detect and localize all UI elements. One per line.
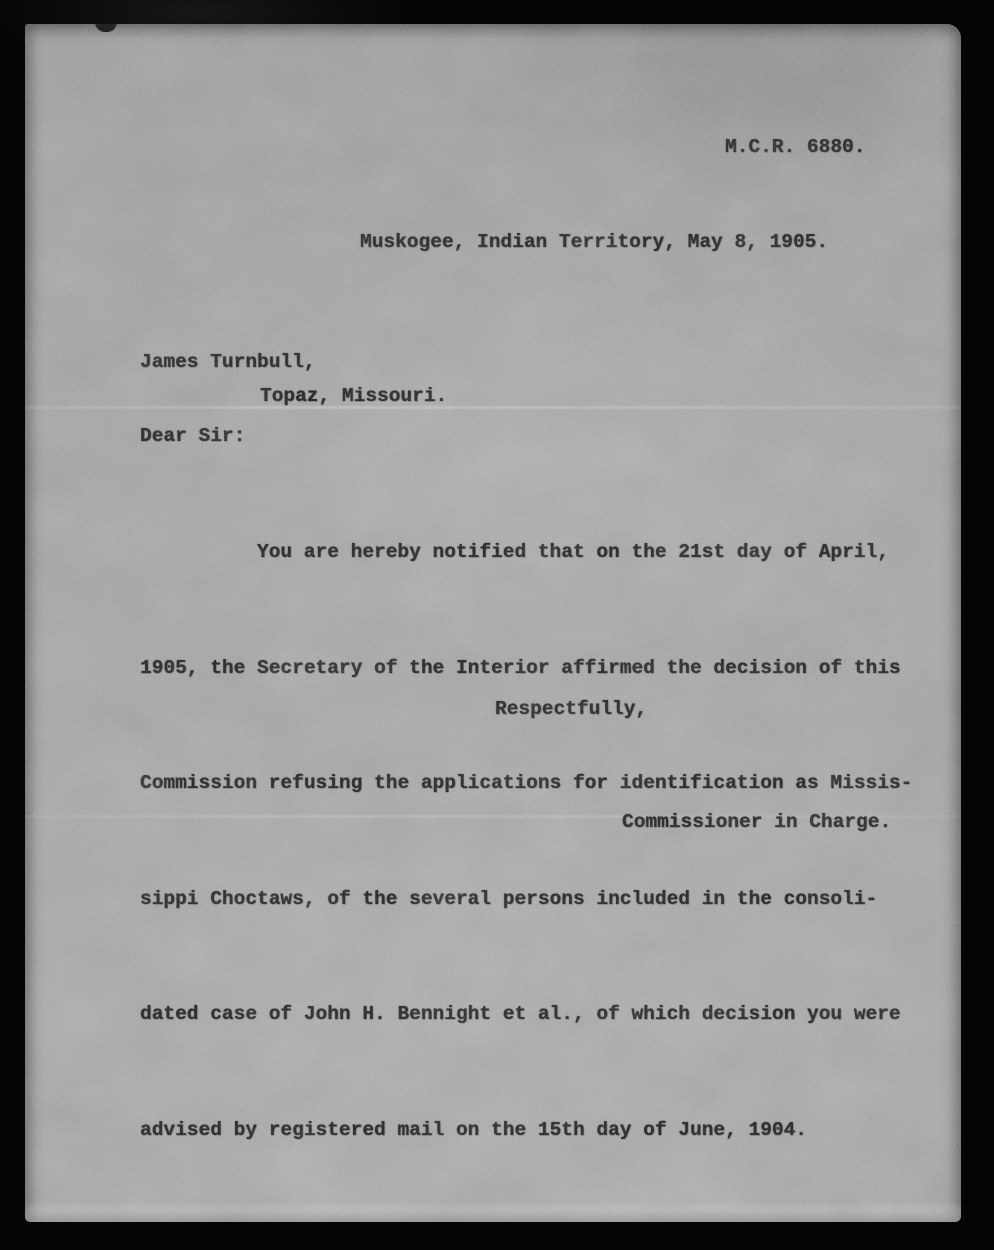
dateline: Muskogee, Indian Territory, May 8, 1905.: [360, 230, 828, 254]
body-line: dated case of John H. Bennight et al., o…: [140, 995, 930, 1034]
paper-edge-notch: [95, 24, 117, 32]
fold-line-upper: [25, 406, 961, 409]
body-line: advised by registered mail on the 15th d…: [140, 1111, 930, 1150]
body-line: You are hereby notified that on the 21st…: [140, 533, 930, 572]
recipient-name: James Turnbull,: [140, 350, 316, 374]
closing: Respectfully,: [495, 697, 647, 721]
letter-body: You are hereby notified that on the 21st…: [140, 456, 930, 1222]
salutation: Dear Sir:: [140, 424, 245, 448]
scanned-letter-background: M.C.R. 6880. Muskogee, Indian Territory,…: [0, 0, 994, 1250]
letter-page: M.C.R. 6880. Muskogee, Indian Territory,…: [25, 24, 961, 1222]
body-line: 1905, the Secretary of the Interior affi…: [140, 649, 930, 688]
recipient-address: Topaz, Missouri.: [260, 384, 447, 408]
body-line: Commission refusing the applications for…: [140, 764, 930, 803]
reference-number: M.C.R. 6880.: [725, 135, 865, 159]
signature-title: Commissioner in Charge.: [622, 810, 891, 834]
body-line: sippi Choctaws, of the several persons i…: [140, 880, 930, 919]
